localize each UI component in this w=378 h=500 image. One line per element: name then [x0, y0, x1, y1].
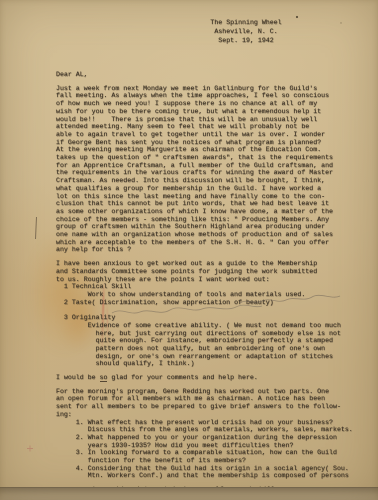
margin-vertical-mark	[36, 217, 37, 239]
scanned-letter-page: The Spinning Wheel Asheville, N. C. Sept…	[0, 0, 378, 500]
comments-request-line: I would be so glad for your comments and…	[56, 374, 364, 382]
paragraph-morning-program: For the morning's program, Gene Redding …	[56, 388, 364, 480]
letter-content: The Spinning Wheel Asheville, N. C. Sept…	[56, 18, 364, 494]
closing-line-post: glad for your comments and help here.	[107, 374, 257, 381]
letterhead-location: Asheville, N. C.	[156, 27, 336, 36]
page-bottom-edge	[0, 487, 378, 500]
letterhead-business-name: The Spinning Wheel	[156, 18, 336, 27]
letterhead-date: Sept. 19, 1942	[156, 36, 336, 45]
paragraph-judging-points: I have been anxious to get worked out as…	[56, 260, 364, 368]
pink-plus-mark	[27, 446, 33, 452]
paragraph-fall-meeting: Just a week from next Monday we meet in …	[56, 85, 364, 254]
letterhead: The Spinning Wheel Asheville, N. C. Sept…	[156, 18, 336, 45]
closing-line-pre: I would be	[56, 374, 100, 381]
salutation: Dear AL,	[56, 71, 364, 79]
